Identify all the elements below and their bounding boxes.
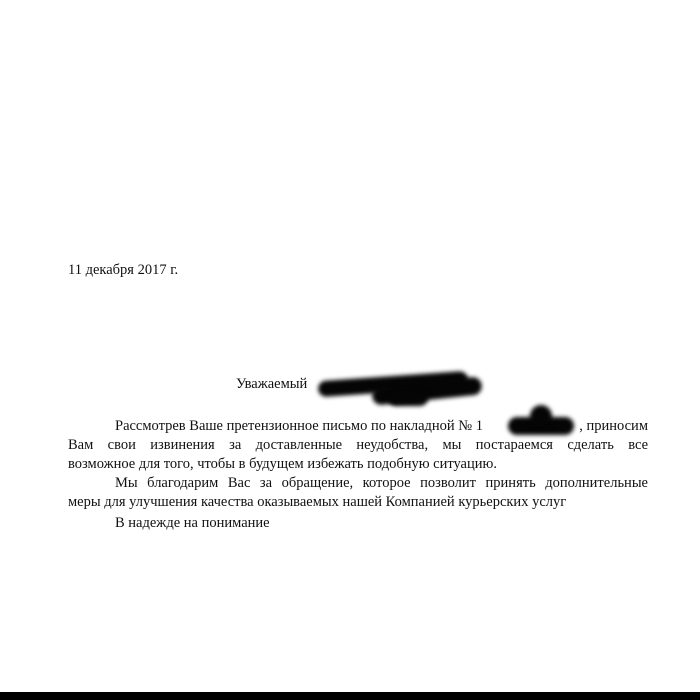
waybill-sentence-start: Рассмотрев Ваше претензионное письмо по … [115, 418, 483, 434]
letter-page: 11 декабря 2017 г. Уважаемый Рассмотрев … [0, 0, 700, 692]
paragraph-thanks: Мы благодарим Вас за обращение, которое … [68, 474, 648, 512]
redacted-recipient-name-part [388, 390, 428, 406]
paragraph-closing: В надежде на понимание [68, 514, 648, 533]
line-start: Рассмотрев Ваше претензионное письмо по … [68, 417, 483, 436]
paragraph-line: Мы благодарим Вас за обращение, которое … [68, 474, 648, 493]
letter-date: 11 декабря 2017 г. [68, 262, 178, 279]
paragraph-line: меры для улучшения качества оказываемых … [68, 493, 648, 512]
thanks-line-1: Мы благодарим Вас за обращение, которое … [115, 475, 648, 491]
paragraph-line: возможное для того, чтобы в будущем избе… [68, 455, 648, 474]
redacted-waybill-number-part [530, 405, 552, 429]
bottom-black-bar [0, 692, 700, 700]
paragraph-line: Вам свои извинения за доставленные неудо… [68, 436, 648, 455]
paragraph-line: В надежде на понимание [68, 514, 648, 533]
closing-line: В надежде на понимание [115, 515, 270, 531]
salutation: Уважаемый [236, 376, 307, 393]
waybill-sentence-end: , приносим [579, 417, 648, 436]
